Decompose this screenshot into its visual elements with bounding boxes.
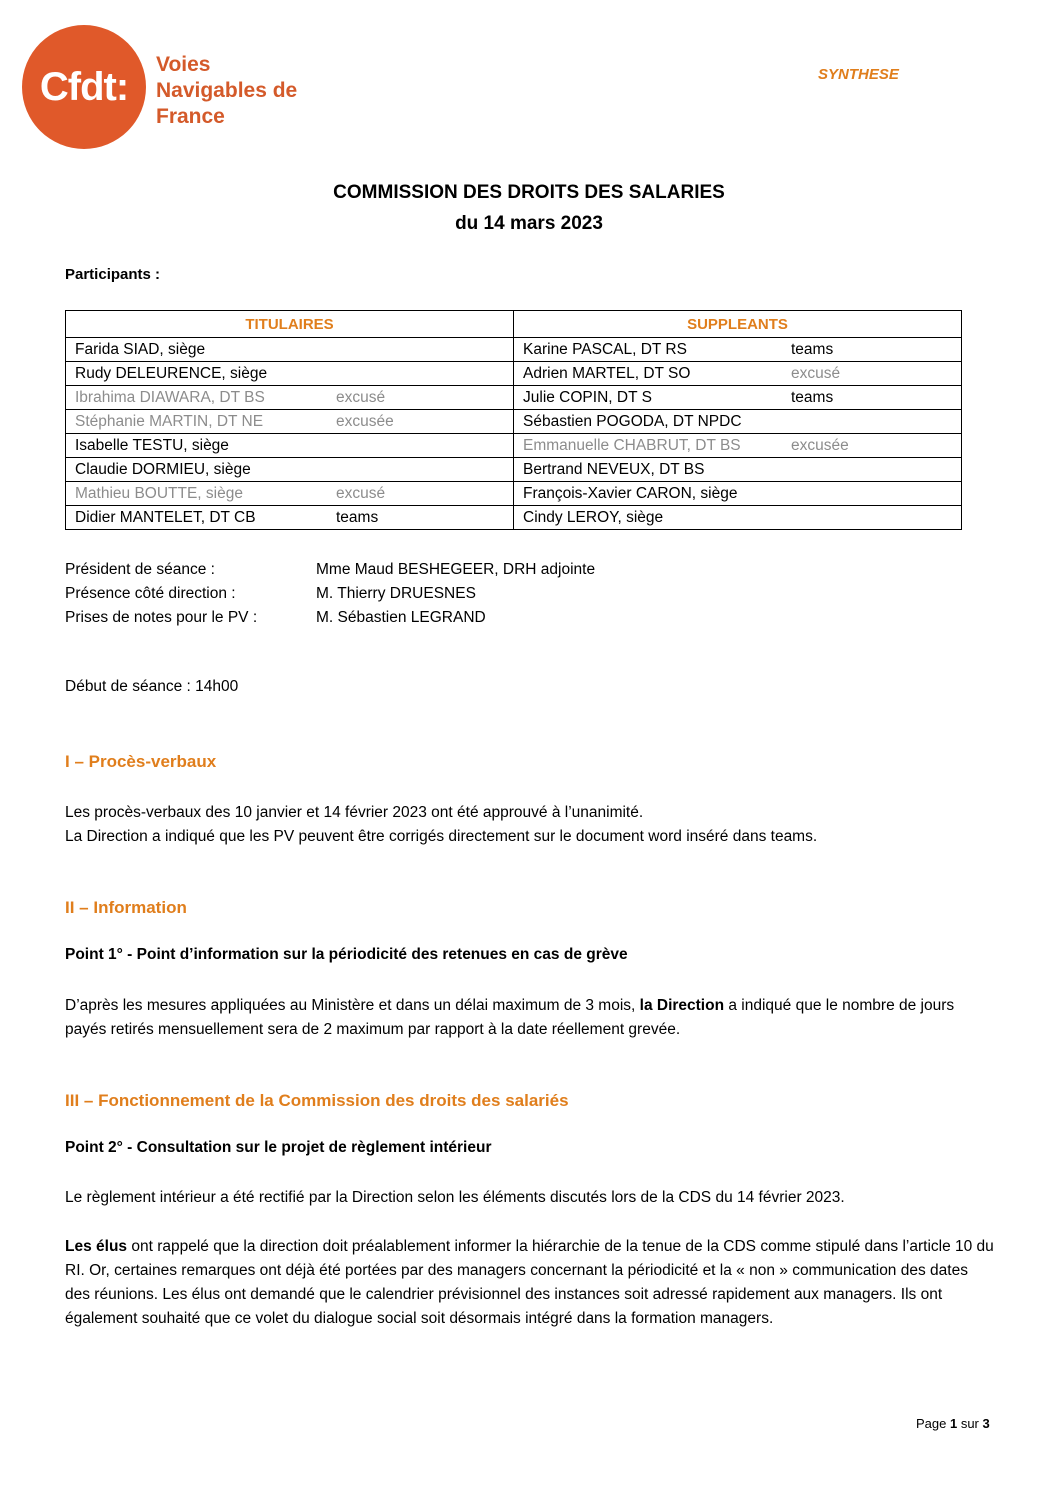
- titulaires-cell: Claudie DORMIEU, siège: [66, 458, 514, 482]
- titulaires-cell: Stéphanie MARTIN, DT NEexcusée: [66, 410, 514, 434]
- suppleants-cell: Sébastien POGODA, DT NPDC: [514, 410, 962, 434]
- header-suppleants: SUPPLEANTS: [514, 311, 962, 338]
- point-2-heading: Point 2° - Consultation sur le projet de…: [65, 1139, 491, 1157]
- section-1-line-1: Les procès-verbaux des 10 janvier et 14 …: [65, 801, 995, 825]
- participant-status: excusé: [791, 365, 840, 383]
- logo-line-3: France: [156, 104, 297, 130]
- suppleants-cell: Adrien MARTEL, DT SOexcusé: [514, 362, 962, 386]
- document-date: du 14 mars 2023: [0, 213, 1058, 235]
- table-row: Didier MANTELET, DT CBteamsCindy LEROY, …: [66, 506, 962, 530]
- page-prefix: Page: [916, 1416, 950, 1431]
- participant-name: Adrien MARTEL, DT SO: [523, 365, 690, 382]
- point-1-heading: Point 1° - Point d’information sur la pé…: [65, 946, 628, 964]
- participant-status: teams: [336, 509, 378, 527]
- participant-status: excusée: [791, 437, 849, 455]
- meta-label: Président de séance :: [65, 558, 316, 582]
- meta-label: Prises de notes pour le PV :: [65, 606, 316, 630]
- section-title-information: II – Information: [65, 898, 187, 918]
- titulaires-cell: Farida SIAD, siège: [66, 338, 514, 362]
- participant-name: Isabelle TESTU, siège: [75, 437, 229, 454]
- document-tag: SYNTHESE: [818, 66, 899, 83]
- meta-row-president: Président de séance :Mme Maud BESHEGEER,…: [65, 558, 595, 582]
- table-row: Farida SIAD, siègeKarine PASCAL, DT RSte…: [66, 338, 962, 362]
- meta-value: Mme Maud BESHEGEER, DRH adjointe: [316, 561, 595, 578]
- table-row: Rudy DELEURENCE, siègeAdrien MARTEL, DT …: [66, 362, 962, 386]
- participant-name: Sébastien POGODA, DT NPDC: [523, 413, 742, 430]
- suppleants-cell: Emmanuelle CHABRUT, DT BSexcusée: [514, 434, 962, 458]
- section-title-fonctionnement: III – Fonctionnement de la Commission de…: [65, 1091, 569, 1111]
- meeting-meta: Président de séance :Mme Maud BESHEGEER,…: [65, 558, 595, 630]
- point-1-bold: la Direction: [640, 997, 724, 1014]
- titulaires-cell: Mathieu BOUTTE, siègeexcusé: [66, 482, 514, 506]
- point-2-bold: Les élus: [65, 1238, 127, 1255]
- session-start: Début de séance : 14h00: [65, 678, 238, 696]
- point-2-paragraph-2: Les élus ont rappelé que la direction do…: [65, 1235, 995, 1331]
- participant-name: Bertrand NEVEUX, DT BS: [523, 461, 704, 478]
- participant-name: Rudy DELEURENCE, siège: [75, 365, 267, 382]
- logo-organization-name: Voies Navigables de France: [156, 52, 297, 130]
- point-2-text: ont rappelé que la direction doit préala…: [65, 1238, 994, 1327]
- participant-status: excusé: [336, 485, 385, 503]
- section-1-line-2: La Direction a indiqué que les PV peuven…: [65, 825, 995, 849]
- participant-name: Mathieu BOUTTE, siège: [75, 485, 243, 502]
- suppleants-cell: Julie COPIN, DT Steams: [514, 386, 962, 410]
- table-row: Ibrahima DIAWARA, DT BSexcuséJulie COPIN…: [66, 386, 962, 410]
- participant-name: François-Xavier CARON, siège: [523, 485, 737, 502]
- section-title-proces-verbaux: I – Procès-verbaux: [65, 752, 216, 772]
- participant-name: Julie COPIN, DT S: [523, 389, 652, 406]
- page-mid: sur: [957, 1416, 982, 1431]
- suppleants-cell: Karine PASCAL, DT RSteams: [514, 338, 962, 362]
- participants-table-body: Farida SIAD, siègeKarine PASCAL, DT RSte…: [66, 338, 962, 530]
- participant-status: excusé: [336, 389, 385, 407]
- meta-value: M. Thierry DRUESNES: [316, 585, 476, 602]
- participants-label: Participants :: [65, 266, 160, 283]
- suppleants-cell: Bertrand NEVEUX, DT BS: [514, 458, 962, 482]
- section-1-body: Les procès-verbaux des 10 janvier et 14 …: [65, 801, 995, 849]
- header-titulaires: TITULAIRES: [66, 311, 514, 338]
- point-2-paragraph-1: Le règlement intérieur a été rectifié pa…: [65, 1186, 995, 1210]
- participant-name: Cindy LEROY, siège: [523, 509, 663, 526]
- participants-table: TITULAIRES SUPPLEANTS Farida SIAD, siège…: [65, 310, 962, 530]
- titulaires-cell: Rudy DELEURENCE, siège: [66, 362, 514, 386]
- participant-name: Karine PASCAL, DT RS: [523, 341, 687, 358]
- logo-line-2: Navigables de: [156, 78, 297, 104]
- titulaires-cell: Ibrahima DIAWARA, DT BSexcusé: [66, 386, 514, 410]
- page-number: Page 1 sur 3: [916, 1416, 990, 1431]
- meta-row-direction: Présence côté direction :M. Thierry DRUE…: [65, 582, 595, 606]
- point-1-body: D’après les mesures appliquées au Minist…: [65, 994, 995, 1042]
- table-row: Stéphanie MARTIN, DT NEexcuséeSébastien …: [66, 410, 962, 434]
- page-total: 3: [983, 1416, 990, 1431]
- suppleants-cell: Cindy LEROY, siège: [514, 506, 962, 530]
- table-row: Claudie DORMIEU, siègeBertrand NEVEUX, D…: [66, 458, 962, 482]
- participant-name: Stéphanie MARTIN, DT NE: [75, 413, 263, 430]
- participant-name: Emmanuelle CHABRUT, DT BS: [523, 437, 741, 454]
- participant-name: Farida SIAD, siège: [75, 341, 205, 358]
- meta-label: Présence côté direction :: [65, 582, 316, 606]
- point-1-text: D’après les mesures appliquées au Minist…: [65, 997, 640, 1014]
- participant-status: teams: [791, 389, 833, 407]
- titulaires-cell: Didier MANTELET, DT CBteams: [66, 506, 514, 530]
- meta-row-notes: Prises de notes pour le PV :M. Sébastien…: [65, 606, 595, 630]
- suppleants-cell: François-Xavier CARON, siège: [514, 482, 962, 506]
- participant-name: Didier MANTELET, DT CB: [75, 509, 256, 526]
- table-row: Isabelle TESTU, siègeEmmanuelle CHABRUT,…: [66, 434, 962, 458]
- participant-name: Ibrahima DIAWARA, DT BS: [75, 389, 265, 406]
- participant-status: excusée: [336, 413, 394, 431]
- document-title: COMMISSION DES DROITS DES SALARIES: [0, 182, 1058, 204]
- meta-value: M. Sébastien LEGRAND: [316, 609, 486, 626]
- cfdt-logo-mark: Cfdt:: [22, 25, 146, 149]
- logo-line-1: Voies: [156, 52, 297, 78]
- table-row: Mathieu BOUTTE, siègeexcuséFrançois-Xavi…: [66, 482, 962, 506]
- participant-name: Claudie DORMIEU, siège: [75, 461, 251, 478]
- participant-status: teams: [791, 341, 833, 359]
- titulaires-cell: Isabelle TESTU, siège: [66, 434, 514, 458]
